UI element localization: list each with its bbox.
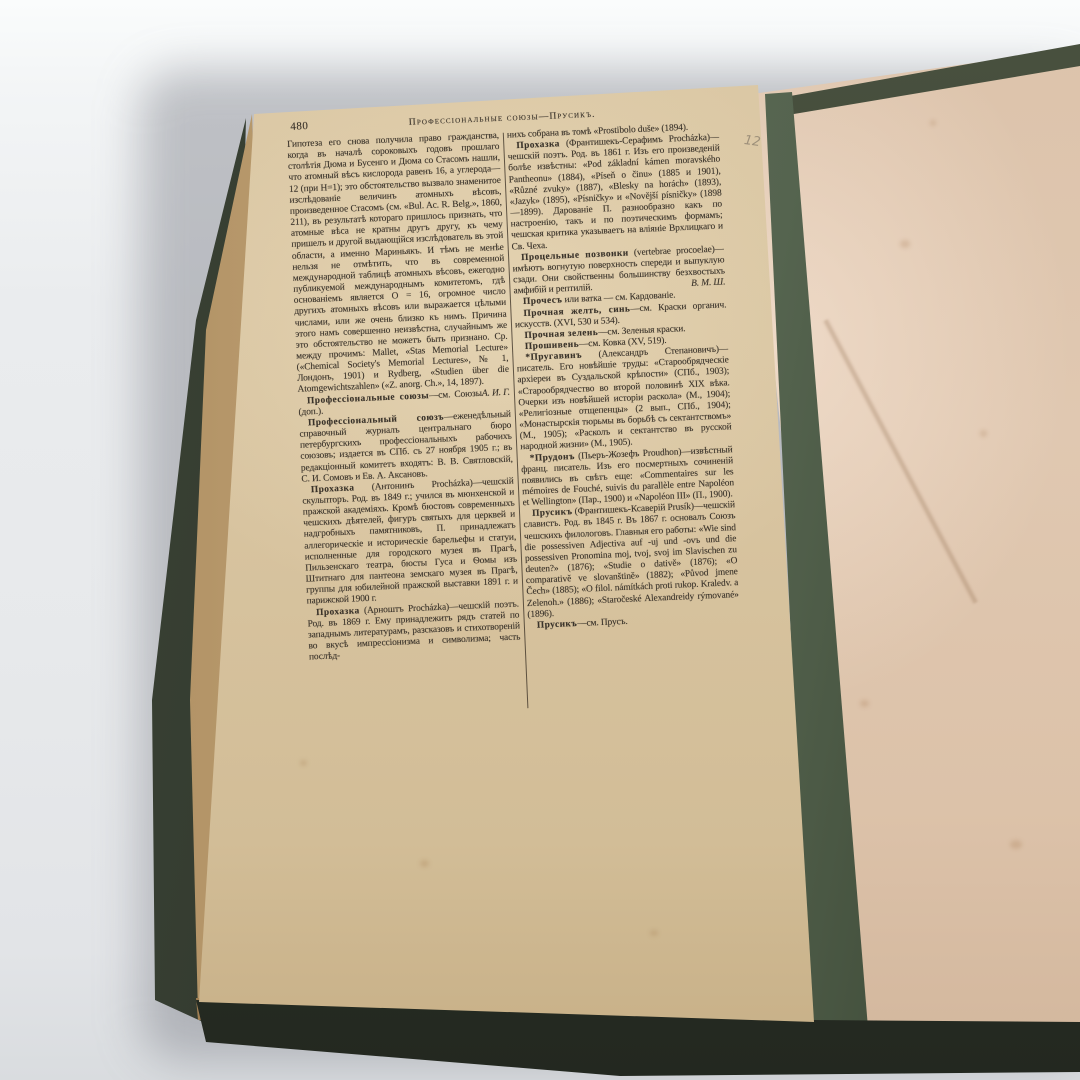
entry-text: (Антонинъ Procházka)—чешскій скульпторъ.… [302,476,518,607]
entry-text: Гипотеза его снова получила право гражда… [287,131,509,395]
foxing-spot [900,240,910,248]
entry-text: (Франтишекъ-Серафимъ Procházka)—чешскій … [508,133,724,252]
pencil-margin-note: 12 [743,133,761,150]
foxing-spot [300,760,307,766]
dictionary-entry-paragraph: Гипотеза его снова получила право гражда… [287,131,510,396]
dictionary-entry-paragraph: Прохазка (Антонинъ Procházka)—чешскій ск… [302,476,519,608]
dictionary-entry-paragraph: Прохазка (Арноштъ Procházka)—чешскій поэ… [307,599,521,664]
dictionary-entry-paragraph: *Пругавинъ (Александръ Степановичъ)—писа… [516,344,732,453]
foxing-spot [1010,840,1022,849]
dictionary-entry-paragraph: Прусикъ (Франтишекъ-Ксаверій Prusík)—чеш… [523,500,740,621]
entry-headword: Прохазка [516,139,560,151]
entry-text: (Франтишекъ-Ксаверій Prusík)—чешскій сла… [523,500,739,619]
entry-headword: Прохазка [316,606,360,618]
entry-headword: Прохазка [311,483,355,495]
entry-text: —см. Прусъ. [577,617,628,629]
column-left: Гипотеза его снова получила право гражда… [287,131,524,734]
page-number: 480 [290,120,308,133]
photo-of-open-book: 480 Профессіональные союзы—Прусикъ. Гипо… [0,0,1080,1080]
foxing-spot [860,700,869,707]
text-columns: Гипотеза его снова получила право гражда… [287,122,744,734]
foxing-spot [980,430,987,437]
column-right: нихъ собрана въ томѣ «Prostibolo duše» (… [507,122,744,725]
entry-headword: Прочесъ [523,296,563,308]
dictionary-entry-paragraph: Профессіональный союзъ—еженедѣльный спра… [299,410,514,486]
author-initials: В. М. Ш. [682,278,726,291]
foxing-spot [930,120,936,126]
dictionary-entry-paragraph: Процельные позвонки (vertebrae procoelae… [512,244,726,298]
page-text-block: 480 Профессіональные союзы—Прусикъ. Гипо… [286,101,744,734]
paper-crease [822,318,979,604]
foxing-spot [650,930,658,936]
dictionary-entry-paragraph: Прохазка (Франтишекъ-Серафимъ Procházka)… [507,133,724,254]
foxing-spot [420,860,429,867]
entry-headword: Прусикъ [537,619,578,631]
entry-headword: *Прудонъ [530,452,575,464]
author-initials: А. И. Г. [482,387,510,399]
dictionary-entry-paragraph: *Прудонъ (Пьеръ-Жозефъ Proudhon)—извѣстн… [521,445,735,510]
